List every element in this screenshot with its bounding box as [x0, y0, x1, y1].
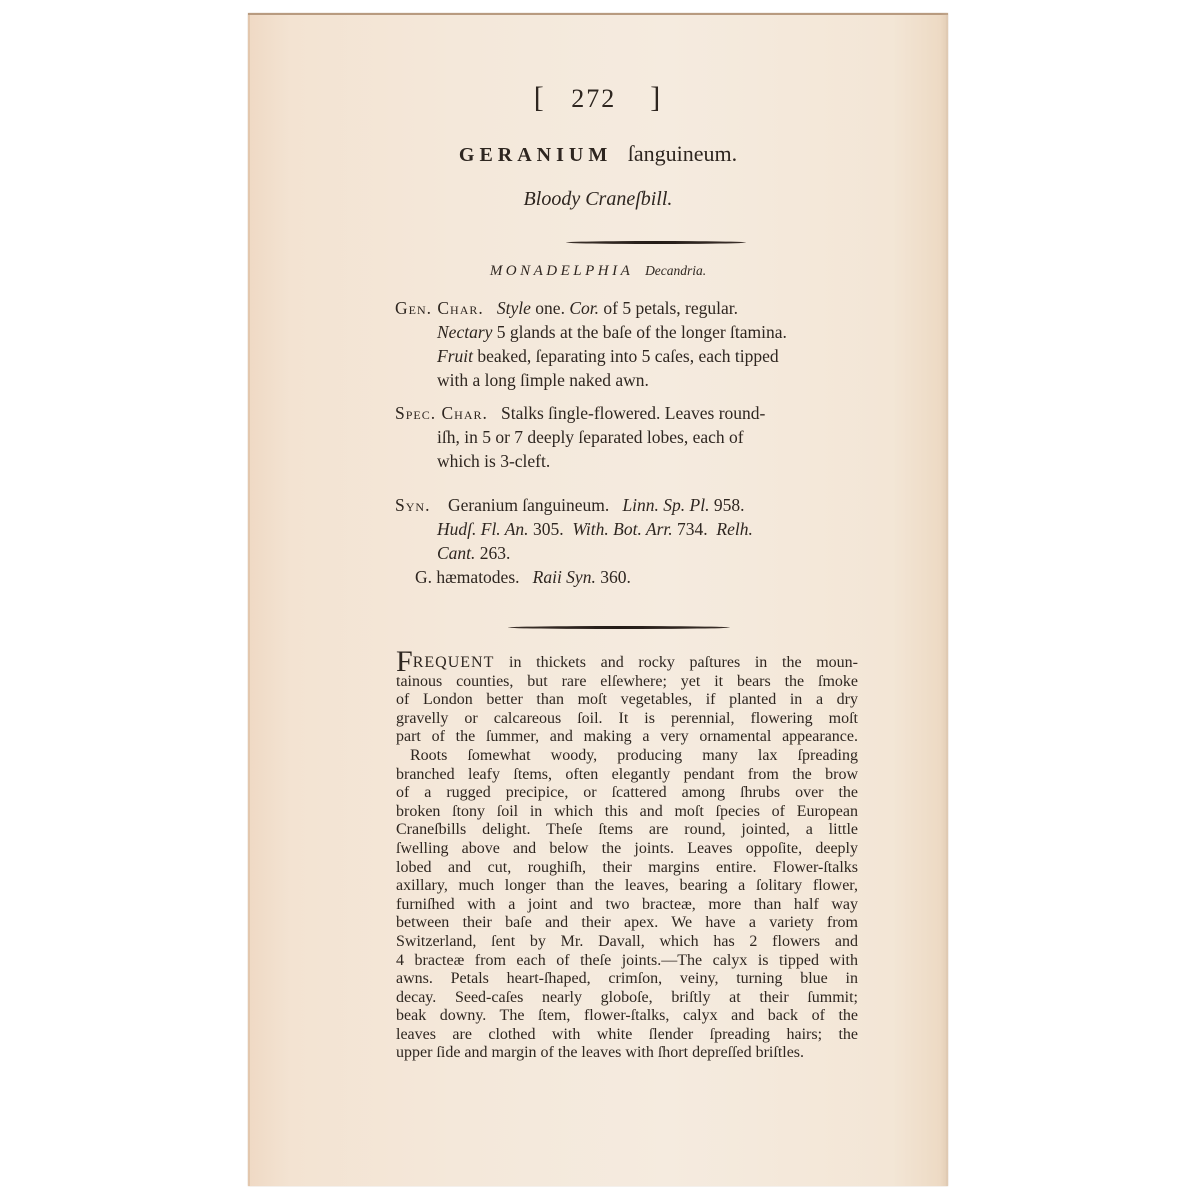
divider-rule-bottom [508, 626, 730, 629]
generic-character: Gen. Char. Style one. Cor. of 5 petals, … [395, 296, 855, 392]
page-number-header: [ 272 ] [248, 81, 948, 115]
spec-char-label: Spec. Char. [395, 403, 488, 423]
bracket-open: [ [534, 81, 546, 114]
page-number: 272 [571, 84, 616, 113]
divider-rule-top [566, 241, 746, 244]
title-species: ſanguineum. [628, 141, 737, 166]
specific-character: Spec. Char. Stalks ſingle-flowered. Leav… [395, 401, 855, 473]
linnaean-class: MONADELPHIA Decandria. [248, 263, 948, 280]
description-text: FREQUENT in thickets and rocky paſtures … [396, 653, 858, 1063]
gen-char-label: Gen. Char. [395, 298, 484, 318]
bracket-close: ] [650, 81, 662, 114]
classis: MONADELPHIA [490, 263, 634, 279]
syn-label: Syn. [395, 495, 430, 515]
synonyms: Syn. Geranium ſanguineum. Linn. Sp. Pl. … [395, 493, 855, 589]
common-name: Bloody Craneſbill. [248, 188, 948, 211]
book-page: [ 272 ] GERANIUM ſanguineum. Bloody Cran… [248, 13, 948, 1186]
page-title: GERANIUM ſanguineum. [248, 141, 948, 167]
title-genus: GERANIUM [459, 144, 612, 166]
ordo: Decandria. [645, 263, 706, 278]
